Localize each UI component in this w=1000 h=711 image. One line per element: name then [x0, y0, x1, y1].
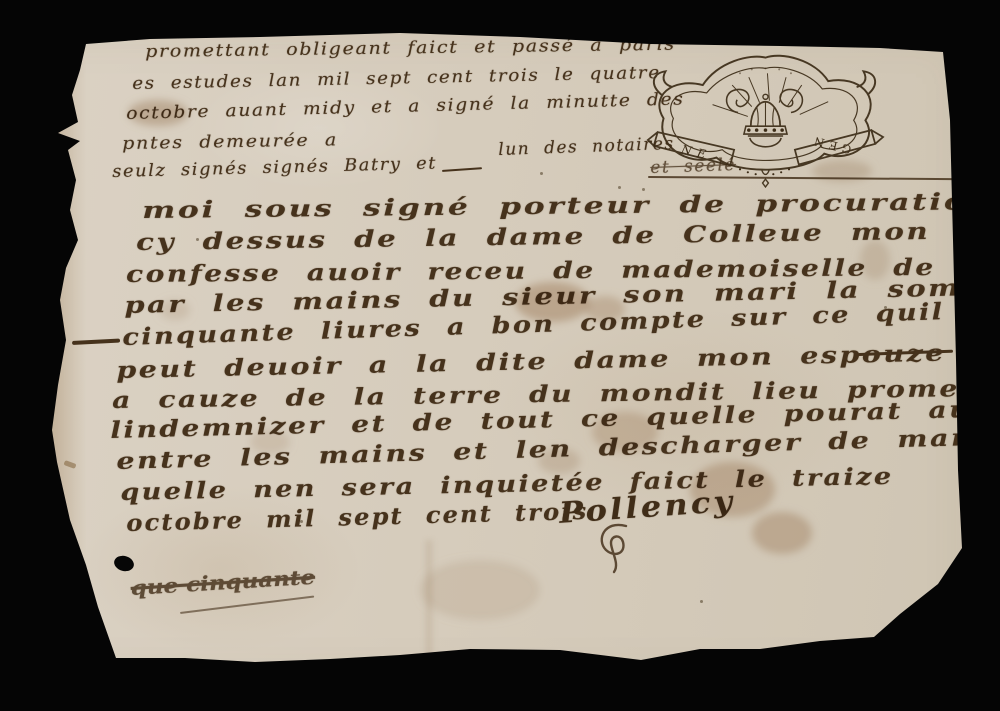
- notary-note: lun des notaires: [498, 134, 675, 160]
- stamp-tassel: [762, 169, 770, 187]
- sealed-note-crossed: et seelé: [650, 155, 736, 178]
- ink-speck: [884, 306, 887, 309]
- pen-flourish-mark: [592, 520, 644, 576]
- ink-stain: [592, 412, 658, 452]
- body-line: par les mains du sieur son mari la somme…: [124, 272, 1000, 319]
- ink-stain: [812, 160, 872, 182]
- signature: Pollency: [558, 484, 736, 530]
- stamp-crown-cup: [748, 136, 783, 147]
- ink-stain: [128, 100, 188, 126]
- body-line: octobre mil sept cent trois: [126, 498, 589, 537]
- header-line: octobre auant midy et a signé la minutte…: [126, 89, 685, 124]
- stamp-banner-right-text: GEN: [808, 133, 853, 157]
- ink-speck: [760, 352, 763, 355]
- paper-hole: [79, 652, 84, 656]
- fiscal-stamp: NE GEN: [642, 36, 887, 188]
- tear-mark: [57, 193, 72, 205]
- body-line: confesse auoir receu de mademoiselle de …: [126, 253, 1000, 288]
- ink-stain: [860, 240, 890, 280]
- body-line: cy dessus de la dame de Colleue mon espo…: [136, 215, 1000, 256]
- tear-mark: [64, 460, 77, 469]
- pen-flourish-line: [180, 596, 314, 614]
- body-line: cinquante liures a bon compte sur ce qui…: [122, 298, 945, 351]
- ink-speck: [300, 520, 303, 523]
- body-line: moi sous signé porteur de procuration: [142, 188, 993, 224]
- stamp-rays: [713, 73, 829, 116]
- stamp-crown-orb: [763, 94, 768, 99]
- paper-hole: [88, 645, 95, 651]
- ink-speck: [196, 238, 199, 241]
- manuscript-paper: promettant obligeant faict et passé a pa…: [0, 0, 1000, 711]
- body-line: quelle nen sera inquietée faict le traiz…: [120, 463, 894, 506]
- pen-dash: [858, 350, 953, 356]
- ink-stain: [420, 560, 540, 620]
- body-line: entre les mains et len descharger de man…: [116, 422, 1000, 475]
- header-line: seulz signés signés Batry et: [112, 153, 437, 181]
- ink-speck: [618, 186, 621, 189]
- stamp-left-leaf: [654, 71, 673, 95]
- stamp-volute-right: [780, 89, 802, 112]
- ink-speck: [700, 600, 703, 603]
- margin-dash: [72, 338, 120, 345]
- ink-stain: [752, 512, 812, 554]
- stamp-volute-left: [727, 89, 749, 112]
- photograph-background: promettant obligeant faict et passé a pa…: [0, 0, 1000, 711]
- left-fold-shading: [52, 60, 98, 650]
- header-line: pntes demeurée a: [122, 130, 338, 154]
- ink-stain: [250, 430, 290, 454]
- ink-speck: [642, 188, 645, 191]
- body-line: a cauze de la terre du mondit lieu prome…: [112, 374, 1000, 414]
- paper-crease: [424, 540, 434, 660]
- ink-stain: [690, 462, 775, 517]
- stamp-crown-dome: [751, 102, 780, 127]
- header-line: promettant obligeant faict et passé a pa…: [145, 35, 676, 62]
- pen-rule-under-stamp: [648, 176, 953, 180]
- body-line: lindemnizer et de tout ce quelle pourat …: [110, 395, 1000, 444]
- paper-hole: [112, 554, 135, 574]
- ink-stain: [160, 300, 190, 320]
- stamp-outer-cartouche: [659, 56, 870, 170]
- stamp-banner-left-text: NE: [679, 142, 713, 163]
- ink-stain: [538, 448, 580, 474]
- ink-stain: [515, 282, 590, 322]
- ink-speck: [540, 172, 543, 175]
- pen-dash: [442, 167, 482, 172]
- stamp-right-leaf: [857, 71, 876, 95]
- body-line: peut deuoir a la dite dame mon espouze: [116, 340, 946, 384]
- stamp-banner-right: [795, 130, 883, 164]
- stamp-banner-left: [648, 132, 734, 165]
- header-line: es estudes lan mil sept cent trois le qu…: [132, 63, 661, 94]
- stamp-crown-band: [744, 126, 787, 134]
- struck-text: que cinquante: [130, 565, 316, 600]
- ink-stain: [585, 296, 625, 322]
